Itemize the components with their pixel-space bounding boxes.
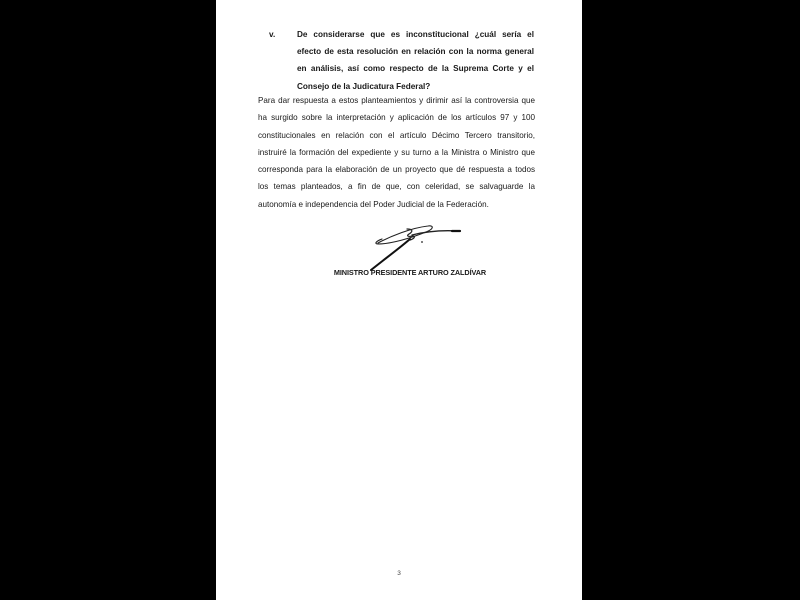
list-item-text: De considerarse que es inconstitucional … <box>297 26 534 95</box>
document-viewer: v. De considerarse que es inconstitucion… <box>0 0 800 600</box>
page-number: 3 <box>216 570 582 577</box>
list-marker: v. <box>269 26 275 43</box>
signature-icon <box>356 220 466 272</box>
body-paragraph: Para dar respuesta a estos planteamiento… <box>258 92 535 213</box>
signer-name: MINISTRO PRESIDENTE ARTURO ZALDÍVAR <box>216 268 582 277</box>
document-page: v. De considerarse que es inconstitucion… <box>216 0 582 600</box>
